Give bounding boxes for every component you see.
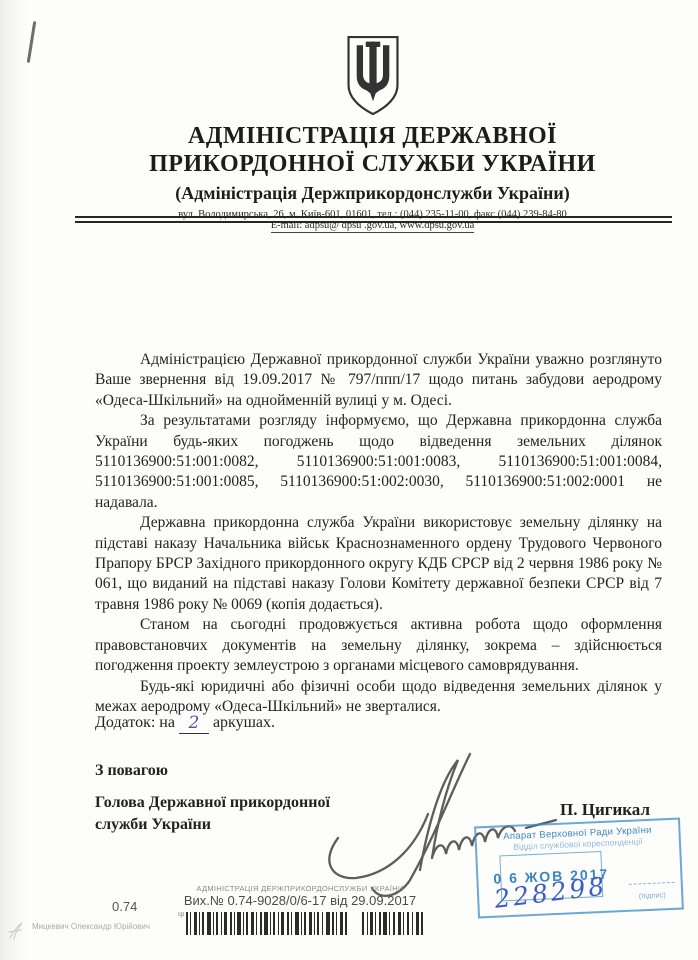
barcode (186, 912, 424, 935)
trident-emblem (344, 34, 402, 118)
paragraph: За результатами розгляду інформуємо, що … (95, 411, 662, 513)
attachment-line: Додаток: на 2 аркушах. (95, 712, 275, 733)
paragraph: Станом на сьогодні продовжується активна… (95, 615, 662, 676)
paragraph: Адміністрацією Державної прикордонної сл… (95, 350, 662, 411)
footer-org-name: АДМІНІСТРАЦІЯ ДЕРЖПРИКОРДОНСЛУЖБИ УКРАЇН… (150, 884, 450, 893)
closing-regards: З повагою (95, 762, 168, 780)
barcode-area: ср (178, 912, 424, 935)
org-name-line1: АДМІНІСТРАЦІЯ ДЕРЖАВНОЇ (75, 122, 670, 150)
org-name-line2: ПРИКОРДОННОЇ СЛУЖБИ УКРАЇНИ (75, 150, 670, 178)
attachment-prefix: Додаток: на (95, 714, 175, 731)
stamp-signature-label: (підпис) (639, 890, 666, 900)
pen-mark (6, 920, 26, 942)
handwritten-sheet-count: 2 (179, 713, 209, 734)
footer-code: 0.74 (112, 899, 137, 914)
scanned-letter-page: АДМІНІСТРАЦІЯ ДЕРЖАВНОЇ ПРИКОРДОННОЇ СЛУ… (0, 0, 698, 960)
stamp-signature-area: (підпис) (629, 882, 676, 904)
scan-artifact-line (27, 21, 37, 63)
outgoing-ref-number: Вих.№ 0.74-9028/0/6-17 від 29.09.2017 (150, 893, 450, 908)
paragraph: Державна прикордонна служба України вико… (95, 513, 662, 615)
letter-body: Адміністрацією Державної прикордонної сл… (95, 350, 662, 717)
letterhead: АДМІНІСТРАЦІЯ ДЕРЖАВНОЇ ПРИКОРДОННОЇ СЛУ… (75, 34, 670, 231)
barcode-start-mark: ср (178, 912, 184, 918)
org-name-alt: (Адміністрація Держприкордонслужби Украї… (75, 183, 670, 204)
attachment-suffix: аркушах. (213, 714, 275, 731)
stamp-signature-line (629, 882, 675, 885)
signer-title: Голова Державної прикордонної служби Укр… (95, 792, 330, 836)
footer-operator-name: Мицкевич Олександр Юрійович (32, 922, 150, 931)
header-divider (75, 216, 672, 223)
